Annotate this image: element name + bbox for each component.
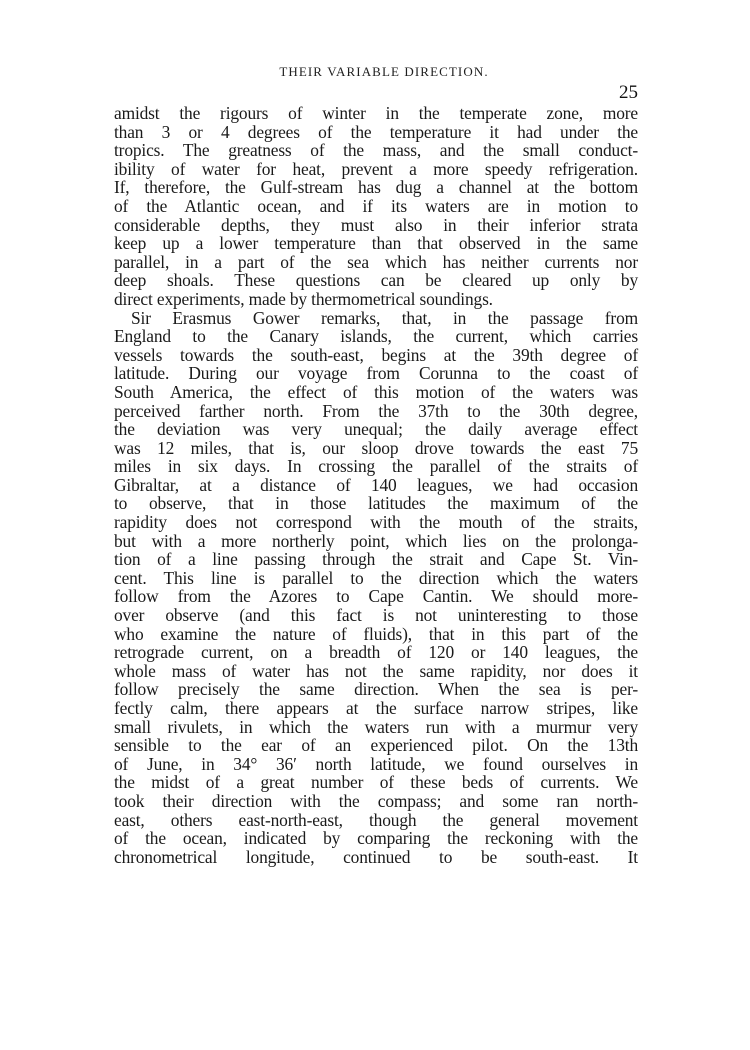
text-line: to observe, that in those latitudes the …	[114, 494, 638, 513]
running-head: Their Variable Direction. 25	[114, 62, 638, 92]
text-line: If, therefore, the Gulf-stream has dug a…	[114, 178, 638, 197]
text-line: tropics. The greatness of the mass, and …	[114, 141, 638, 160]
text-line: direct experiments, made by thermometric…	[114, 290, 638, 309]
text-line: of the ocean, indicated by comparing the…	[114, 829, 638, 848]
text-line: follow precisely the same direction. Whe…	[114, 680, 638, 699]
text-line: the midst of a great number of these bed…	[114, 773, 638, 792]
text-line: parallel, in a part of the sea which has…	[114, 253, 638, 272]
text-line: fectly calm, there appears at the surfac…	[114, 699, 638, 718]
text-line: cent. This line is parallel to the direc…	[114, 569, 638, 588]
text-line: who examine the nature of fluids), that …	[114, 625, 638, 644]
running-title: Their Variable Direction.	[114, 64, 638, 80]
text-line: rapidity does not correspond with the mo…	[114, 513, 638, 532]
text-line: was 12 miles, that is, our sloop drove t…	[114, 439, 638, 458]
text-line: ibility of water for heat, prevent a mor…	[114, 160, 638, 179]
text-line: tion of a line passing through the strai…	[114, 550, 638, 569]
text-line: miles in six days. In crossing the paral…	[114, 457, 638, 476]
text-line: England to the Canary islands, the curre…	[114, 327, 638, 346]
text-line: took their direction with the compass; a…	[114, 792, 638, 811]
text-line: the deviation was very unequal; the dail…	[114, 420, 638, 439]
text-line: latitude. During our voyage from Corunna…	[114, 364, 638, 383]
text-line: Gibraltar, at a distance of 140 leagues,…	[114, 476, 638, 495]
text-line: retrograde current, on a breadth of 120 …	[114, 643, 638, 662]
text-line: deep shoals. These questions can be clea…	[114, 271, 638, 290]
text-line: sensible to the ear of an experienced pi…	[114, 736, 638, 755]
text-line: chronometrical longitude, continued to b…	[114, 848, 638, 867]
text-line: vessels towards the south-east, begins a…	[114, 346, 638, 365]
text-line: but with a more northerly point, which l…	[114, 532, 638, 551]
text-line: small rivulets, in which the waters run …	[114, 718, 638, 737]
text-line: whole mass of water has not the same rap…	[114, 662, 638, 681]
text-line: over observe (and this fact is not unint…	[114, 606, 638, 625]
text-line: perceived farther north. From the 37th t…	[114, 402, 638, 421]
page-number: 25	[619, 82, 638, 104]
text-line: keep up a lower temperature than that ob…	[114, 234, 638, 253]
text-line: follow from the Azores to Cape Cantin. W…	[114, 587, 638, 606]
text-line: considerable depths, they must also in t…	[114, 216, 638, 235]
text-line: east, others east-north-east, though the…	[114, 811, 638, 830]
text-line: South America, the effect of this motion…	[114, 383, 638, 402]
paragraph-start-line: Sir Erasmus Gower remarks, that, in the …	[114, 309, 638, 328]
text-line: amidst the rigours of winter in the temp…	[114, 104, 638, 123]
text-line: of the Atlantic ocean, and if its waters…	[114, 197, 638, 216]
body-text: amidst the rigours of winter in the temp…	[114, 104, 638, 866]
text-line: than 3 or 4 degrees of the temperature i…	[114, 123, 638, 142]
text-line: of June, in 34° 36′ north latitude, we f…	[114, 755, 638, 774]
